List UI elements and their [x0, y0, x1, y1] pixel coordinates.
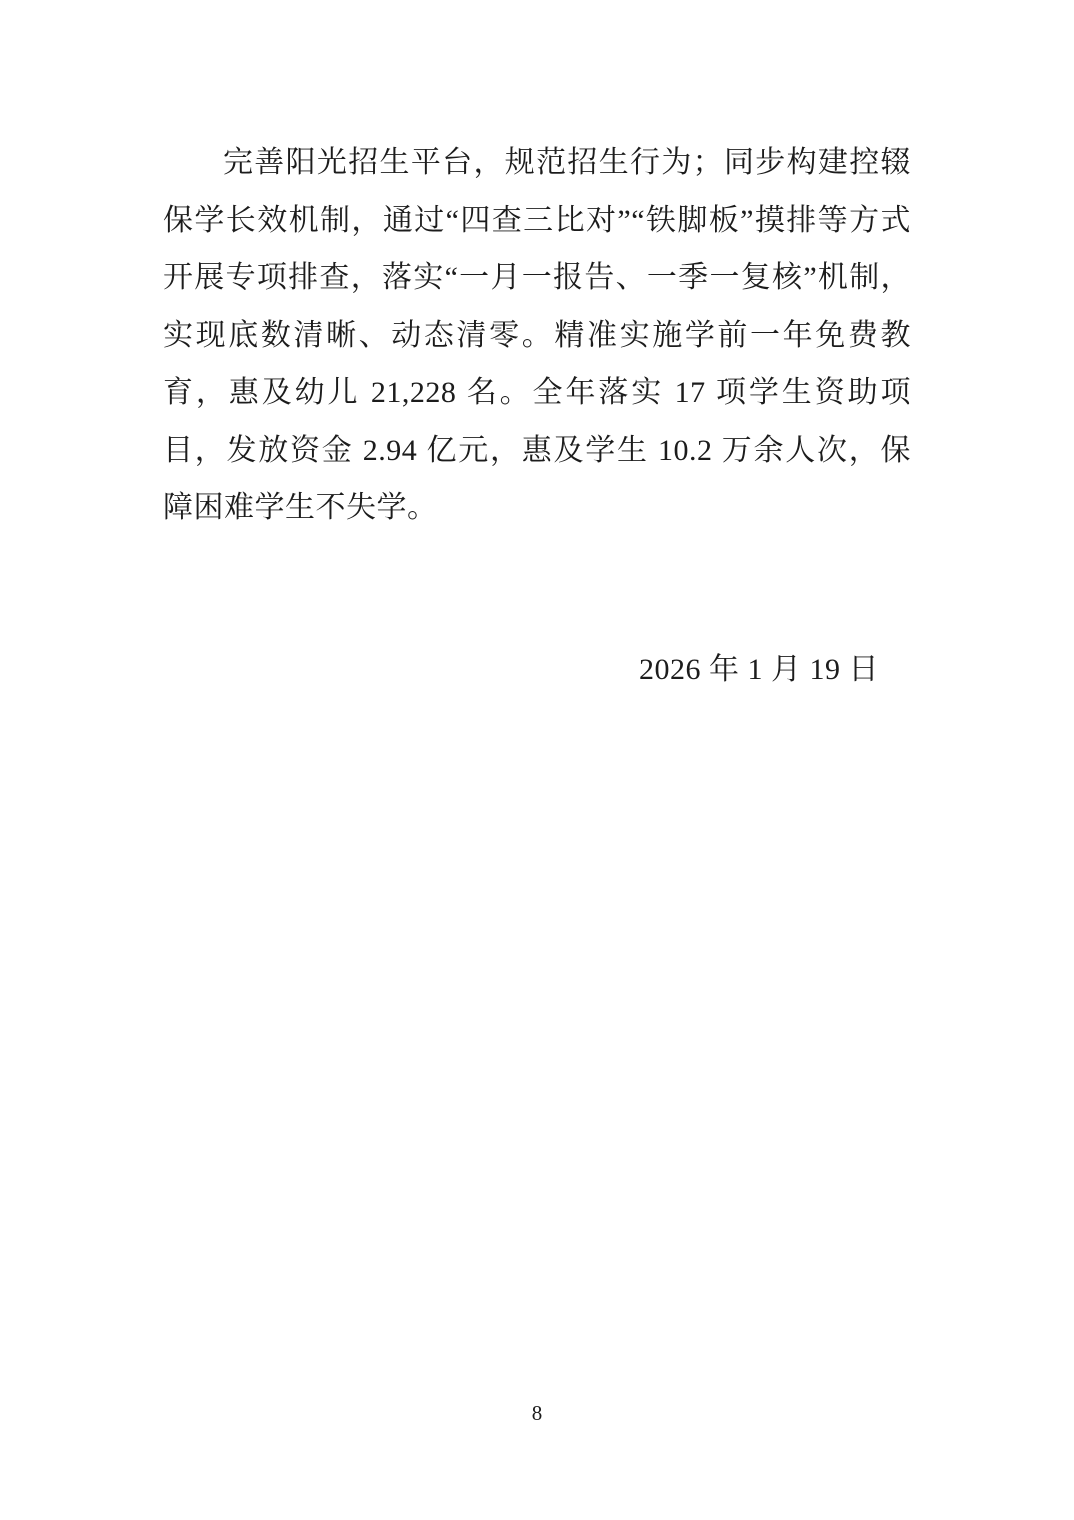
body-paragraph: 完善阳光招生平台，规范招生行为；同步构建控辍保学长效机制，通过“四查三比对”“铁…: [163, 0, 911, 537]
page-footer: 8: [0, 1400, 1074, 1426]
page-number: 8: [532, 1401, 543, 1425]
page-content: 完善阳光招生平台，规范招生行为；同步构建控辍保学长效机制，通过“四查三比对”“铁…: [163, 0, 911, 698]
date-line: 2026 年 1 月 19 日: [163, 641, 911, 699]
document-page: 完善阳光招生平台，规范招生行为；同步构建控辍保学长效机制，通过“四查三比对”“铁…: [0, 0, 1074, 1520]
